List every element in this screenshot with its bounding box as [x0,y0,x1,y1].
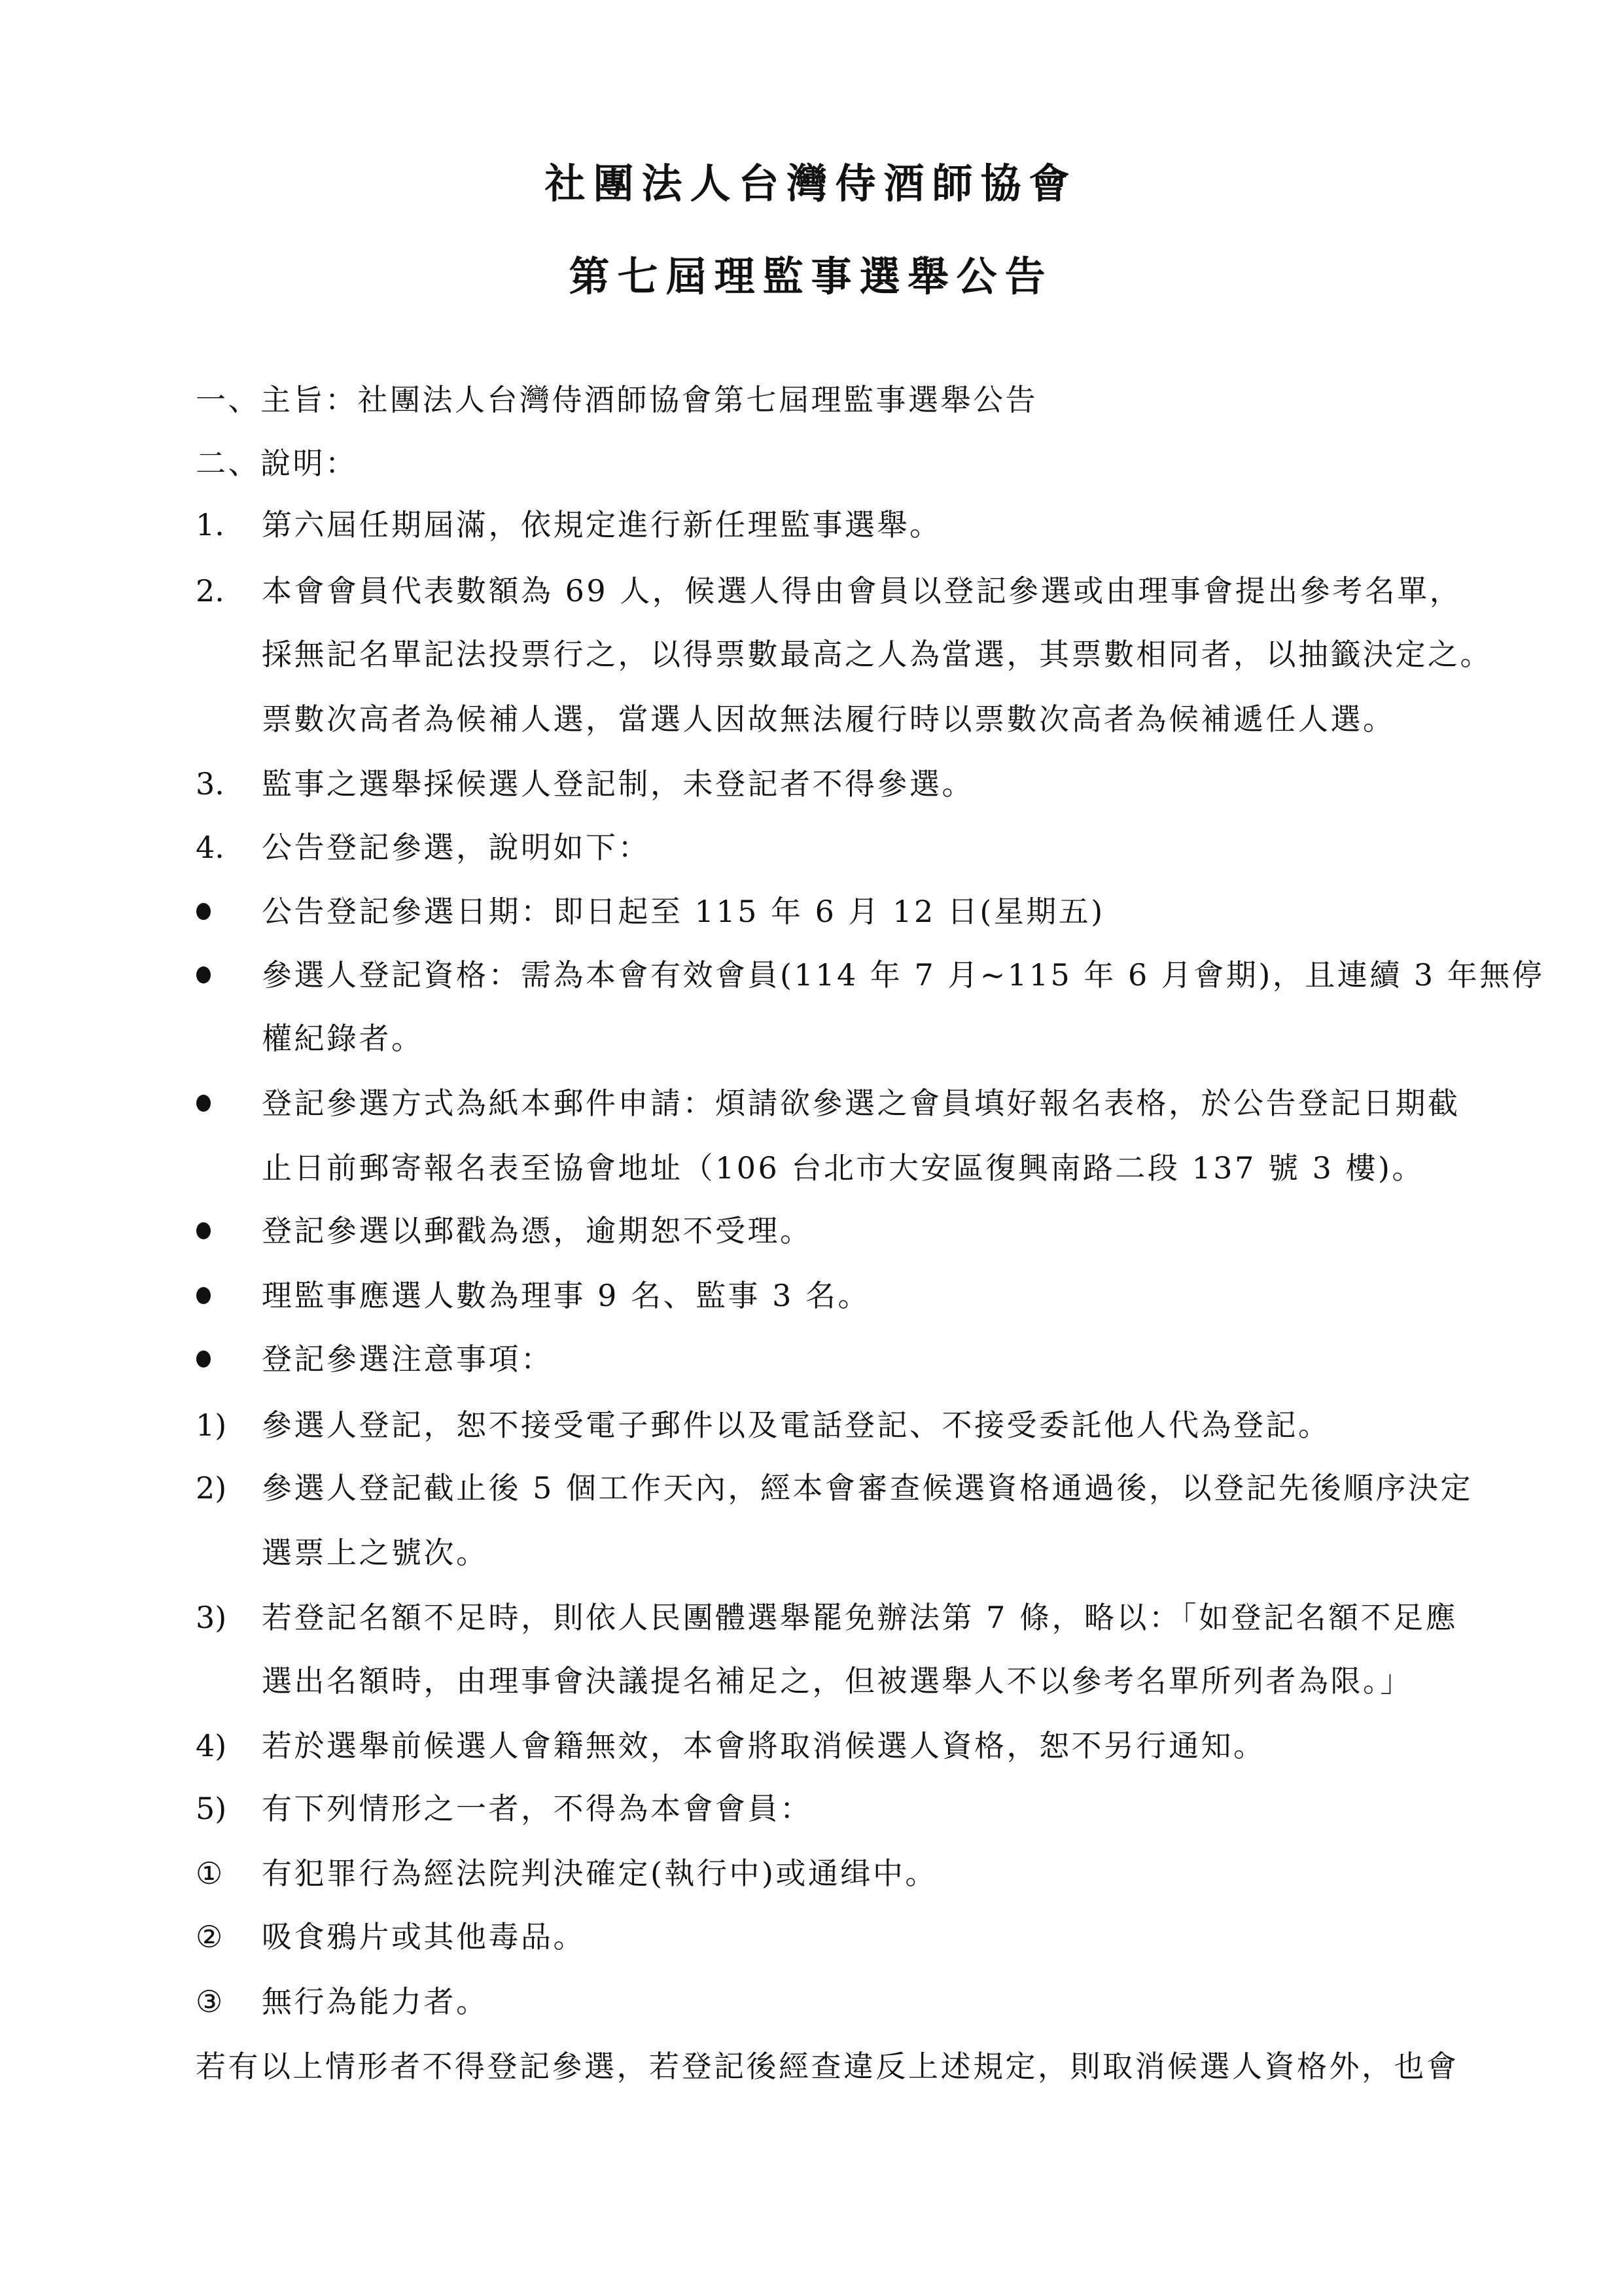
circled-number-1-icon: ① [196,1854,222,1893]
note-text: 參選人登記，恕不接受電子郵件以及電話登記、不接受委託他人代為登記。 [262,1405,1331,1445]
note-text: 若登記名額不足時，則依人民團體選舉罷免辦法第 7 條，略以：「如登記名額不足應 [262,1598,1458,1637]
association-title: 社團法人台灣侍酒師協會 [0,158,1622,210]
bullet-text: 公告登記參選日期：即日起至 115 年 6 月 12 日(星期五) [262,892,1105,931]
bullet-text: 理監事應選人數為理事 9 名、監事 3 名。 [262,1276,870,1315]
bullet-icon [196,966,211,983]
item-text: 採無記名單記法投票行之，以得票數最高之人為當選，其票數相同者，以抽籤決定之。 [262,635,1492,674]
bullet-text: 參選人登記資格：需為本會有效會員(114 年 7 月~115 年 6 月會期)，… [262,955,1544,995]
note-number: 4) [196,1726,226,1765]
closing-paragraph: 若有以上情形者不得登記參選，若登記後經查違反上述規定，則取消候選人資格外，也會 [196,2047,1459,2086]
note-text: 選票上之號次。 [262,1533,489,1572]
explanation-heading: 二、說明： [196,444,358,483]
item-text: 監事之選舉採候選人登記制，未登記者不得參選。 [262,764,974,804]
disqualification-text: 有犯罪行為經法院判決確定(執行中)或通缉中。 [262,1854,938,1893]
note-number: 2) [196,1468,226,1508]
item-text: 票數次高者為候補人選，當選人因故無法履行時以票數次高者為候補遞任人選。 [262,699,1396,739]
item-number: 4. [196,828,224,867]
note-number: 3) [196,1598,226,1637]
bullet-icon [196,903,211,920]
circled-number-3-icon: ③ [196,1982,222,2021]
circled-number-2-icon: ② [196,1917,222,1956]
item-number: 1. [196,505,224,544]
item-number: 3. [196,764,224,804]
bullet-text: 登記參選方式為紙本郵件申請：煩請欲參選之會員填好報名表格，於公告登記日期截 [262,1084,1460,1123]
bullet-icon [196,1287,211,1304]
announcement-title: 第七屆理監事選舉公告 [0,251,1622,303]
note-number: 5) [196,1789,226,1828]
item-number: 2. [196,571,224,610]
bullet-text: 登記參選注意事項： [262,1339,554,1379]
note-text: 若於選舉前候選人會籍無效，本會將取消候選人資格，恕不另行通知。 [262,1726,1266,1765]
disqualification-text: 無行為能力者。 [262,1982,489,2021]
bullet-icon [196,1351,211,1368]
disqualification-text: 吸食鴉片或其他毒品。 [262,1917,586,1956]
bullet-text: 止日前郵寄報名表至協會地址（106 台北市大安區復興南路二段 137 號 3 樓… [262,1148,1424,1188]
note-number: 1) [196,1405,226,1445]
purpose-line: 一、主旨：社團法人台灣侍酒師協會第七屆理監事選舉公告 [196,380,1038,419]
item-text: 第六屆任期屆滿，依規定進行新任理監事選舉。 [262,505,942,544]
bullet-icon [196,1095,211,1112]
item-text: 本會會員代表數額為 69 人，候選人得由會員以登記參選或由理事會提出參考名單， [262,571,1462,610]
note-text: 選出名額時，由理事會決議提名補足之，但被選舉人不以參考名單所列者為限。」 [262,1661,1413,1701]
note-text: 有下列情形之一者，不得為本會會員： [262,1789,813,1828]
bullet-text: 登記參選以郵戳為憑，逾期恕不受理。 [262,1211,813,1250]
bullet-icon [196,1222,211,1239]
bullet-text: 權紀錄者。 [262,1019,424,1058]
note-text: 參選人登記截止後 5 個工作天內，經本會審查候選資格通過後，以登記先後順序決定 [262,1468,1473,1508]
item-text: 公告登記參選，說明如下： [262,828,650,867]
